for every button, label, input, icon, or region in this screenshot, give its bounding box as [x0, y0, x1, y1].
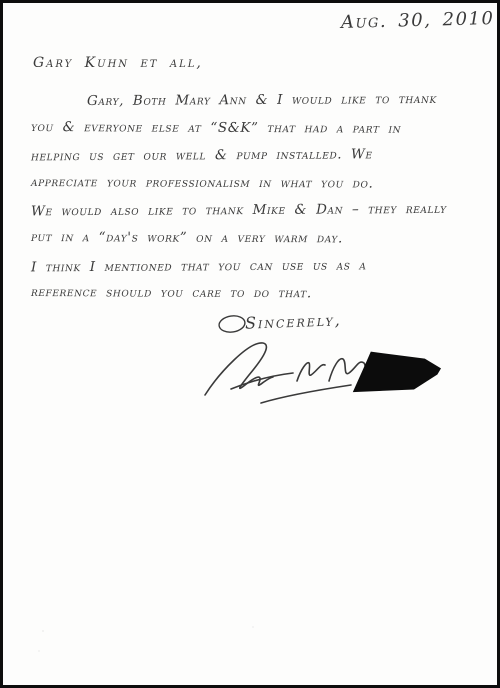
signature-scribble: [201, 333, 386, 413]
letter-closing-block: Sincerely,: [217, 307, 342, 335]
letter-salutation: Gary Kuhn et all,: [33, 55, 203, 71]
body-line: reference should you care to do that.: [31, 279, 481, 309]
body-line: We would also like to thank Mike & Dan –…: [31, 196, 481, 226]
body-line: you & everyone else at “S&K” that had a …: [31, 114, 481, 144]
body-line: I think I mentioned that you can use us …: [31, 251, 481, 281]
letter-body: Gary, Both Mary Ann & I would like to th…: [31, 87, 481, 308]
body-line: Gary, Both Mary Ann & I would like to th…: [31, 86, 481, 116]
scanned-letter-page: Aug. 30, 2010 Gary Kuhn et all, Gary, Bo…: [0, 0, 500, 688]
body-line: helping us get our well & pump installed…: [31, 141, 481, 171]
letter-closing: Sincerely,: [245, 310, 342, 332]
body-line: appreciate your professionalism in what …: [31, 169, 481, 199]
letter-date: Aug. 30, 2010: [341, 8, 495, 33]
body-line: put in a “day's work” on a very warm day…: [31, 224, 481, 254]
